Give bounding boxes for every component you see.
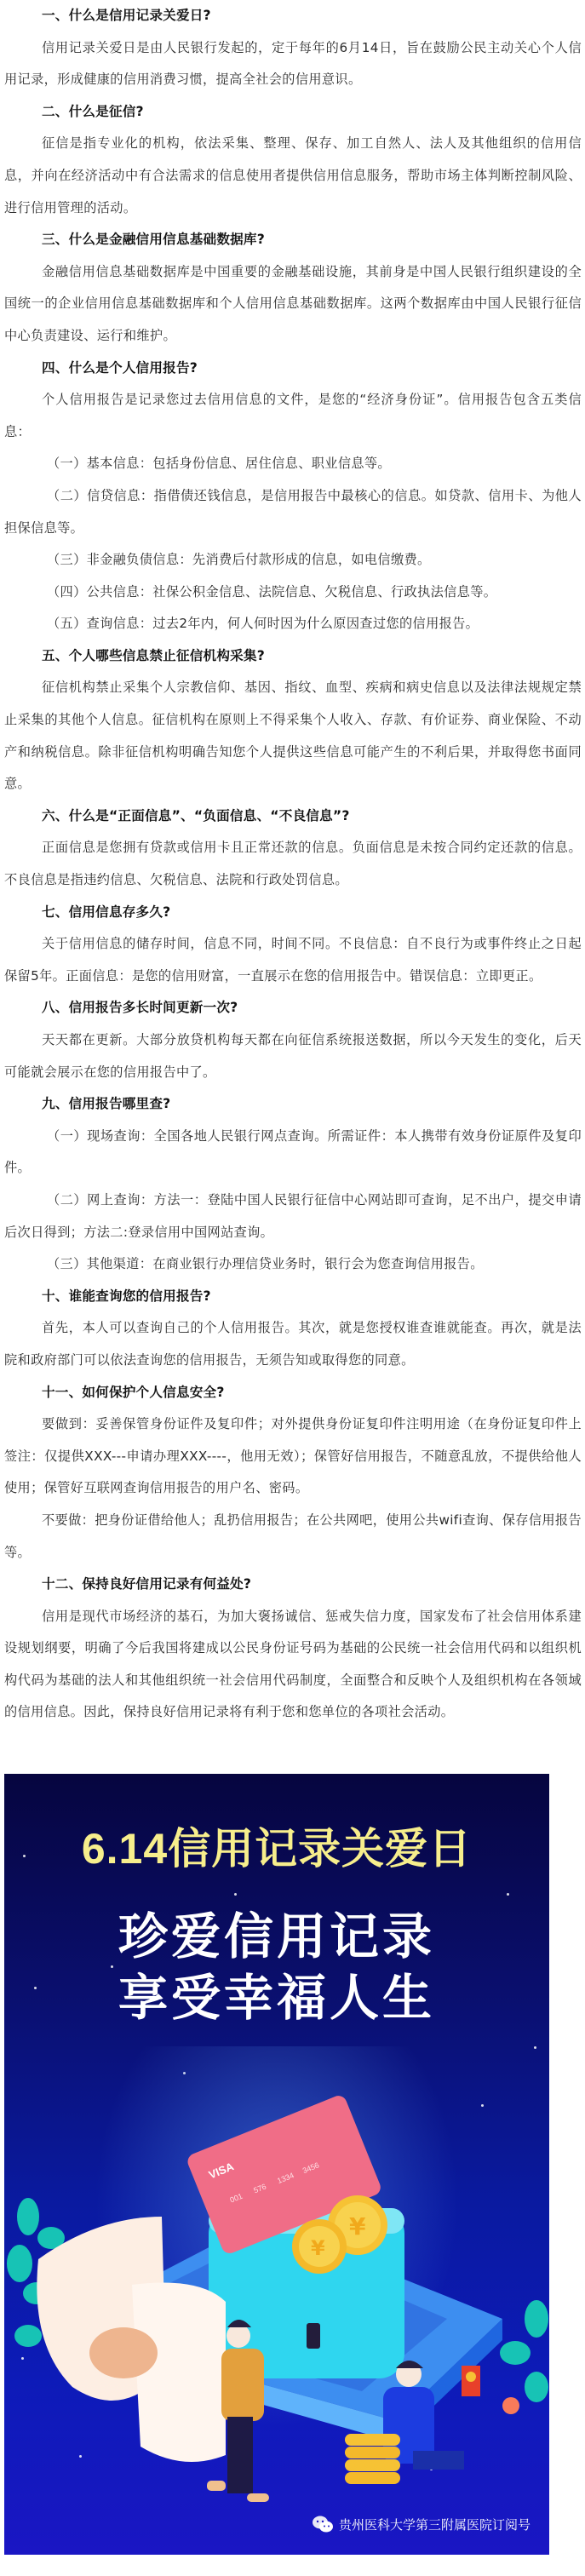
section-heading-12: 十二、保持良好信用记录有何益处?: [4, 1569, 582, 1601]
section-heading-7: 七、信用信息存多久?: [4, 897, 582, 929]
section-heading-6: 六、什么是“正面信息”、“负面信息、“不良信息”?: [4, 800, 582, 833]
section-heading-8: 八、信用报告多长时间更新一次?: [4, 992, 582, 1024]
credit-illustration: VISA 001 576 1334 3456 ¥ ¥: [4, 1774, 549, 2555]
credit-day-poster: 6.14信用记录关爱日 珍爱信用记录 享受幸福人生 VISA 001 576 1…: [4, 1774, 549, 2555]
list-item: （二）信贷信息：指借债还钱信息，是信用报告中最核心的信息。如贷款、信用卡、为他人…: [4, 480, 582, 544]
section-paragraph: 要做到：妥善保管身份证件及复印件；对外提供身份证复印件注明用途（在身份证复印件上…: [4, 1408, 582, 1505]
section-heading-9: 九、信用报告哪里查?: [4, 1088, 582, 1121]
svg-text:¥: ¥: [311, 2236, 325, 2260]
poster-source: 贵州医科大学第三附属医院订阅号: [312, 2515, 531, 2533]
wechat-icon: [312, 2515, 334, 2533]
section-paragraph: 个人信用报告是记录您过去信用信息的文件，是您的“经济身份证”。信用报告包含五类信…: [4, 384, 582, 448]
list-item: （四）公共信息：社保公积金信息、法院信息、欠税信息、行政执法信息等。: [4, 577, 582, 609]
section-heading-1: 一、什么是信用记录关爱日?: [4, 0, 582, 32]
section-paragraph: 天天都在更新。大部分放贷机构每天都在向征信系统报送数据，所以今天发生的变化，后天…: [4, 1024, 582, 1088]
list-item: （二）网上查询：方法一：登陆中国人民银行征信中心网站即可查询，足不出户，提交申请…: [4, 1185, 582, 1248]
section-paragraph: 金融信用信息基础数据库是中国重要的金融基础设施，其前身是中国人民银行组织建设的全…: [4, 256, 582, 353]
svg-text:¥: ¥: [349, 2212, 366, 2240]
section-heading-10: 十、谁能查询您的信用报告?: [4, 1281, 582, 1313]
section-paragraph: 信用记录关爱日是由人民银行发起的，定于每年的6月14日，旨在鼓励公民主动关心个人…: [4, 32, 582, 96]
section-paragraph: 信用是现代市场经济的基石，为加大褒扬诚信、惩戒失信力度，国家发布了社会信用体系建…: [4, 1601, 582, 1729]
section-heading-2: 二、什么是征信?: [4, 96, 582, 129]
list-item: （三）其他渠道：在商业银行办理信贷业务时，银行会为您查询信用报告。: [4, 1248, 582, 1281]
section-heading-11: 十一、如何保护个人信息安全?: [4, 1377, 582, 1409]
list-item: （三）非金融负债信息：先消费后付款形成的信息，如电信缴费。: [4, 544, 582, 577]
section-paragraph: 征信机构禁止采集个人宗教信仰、基因、指纹、血型、疾病和病史信息以及法律法规规定禁…: [4, 672, 582, 800]
source-account-name: 贵州医科大学第三附属医院订阅号: [339, 2516, 531, 2533]
section-heading-5: 五、个人哪些信息禁止征信机构采集?: [4, 640, 582, 673]
list-item: （一）现场查询：全国各地人民银行网点查询。所需证件：本人携带有效身份证原件及复印…: [4, 1121, 582, 1185]
section-heading-3: 三、什么是金融信用信息基础数据库?: [4, 224, 582, 256]
section-paragraph: 关于信用信息的储存时间，信息不同，时间不同。不良信息：自不良行为或事件终止之日起…: [4, 928, 582, 992]
section-paragraph: 首先，本人可以查询自己的个人信用报告。其次，就是您授权谁查谁就能查。再次，就是法…: [4, 1312, 582, 1376]
section-paragraph: 征信是指专业化的机构，依法采集、整理、保存、加工自然人、法人及其他组织的信用信息…: [4, 128, 582, 224]
list-item: （五）查询信息：过去2年内，何人何时因为什么原因查过您的信用报告。: [4, 608, 582, 640]
list-item: （一）基本信息：包括身份信息、居住信息、职业信息等。: [4, 448, 582, 480]
article-body: 一、什么是信用记录关爱日? 信用记录关爱日是由人民银行发起的，定于每年的6月14…: [4, 0, 582, 1729]
section-paragraph: 不要做：把身份证借给他人；乱扔信用报告；在公共网吧，使用公共wifi查询、保存信…: [4, 1505, 582, 1569]
section-heading-4: 四、什么是个人信用报告?: [4, 353, 582, 385]
section-paragraph: 正面信息是您拥有贷款或信用卡且正常还款的信息。负面信息是未按合同约定还款的信息。…: [4, 832, 582, 896]
